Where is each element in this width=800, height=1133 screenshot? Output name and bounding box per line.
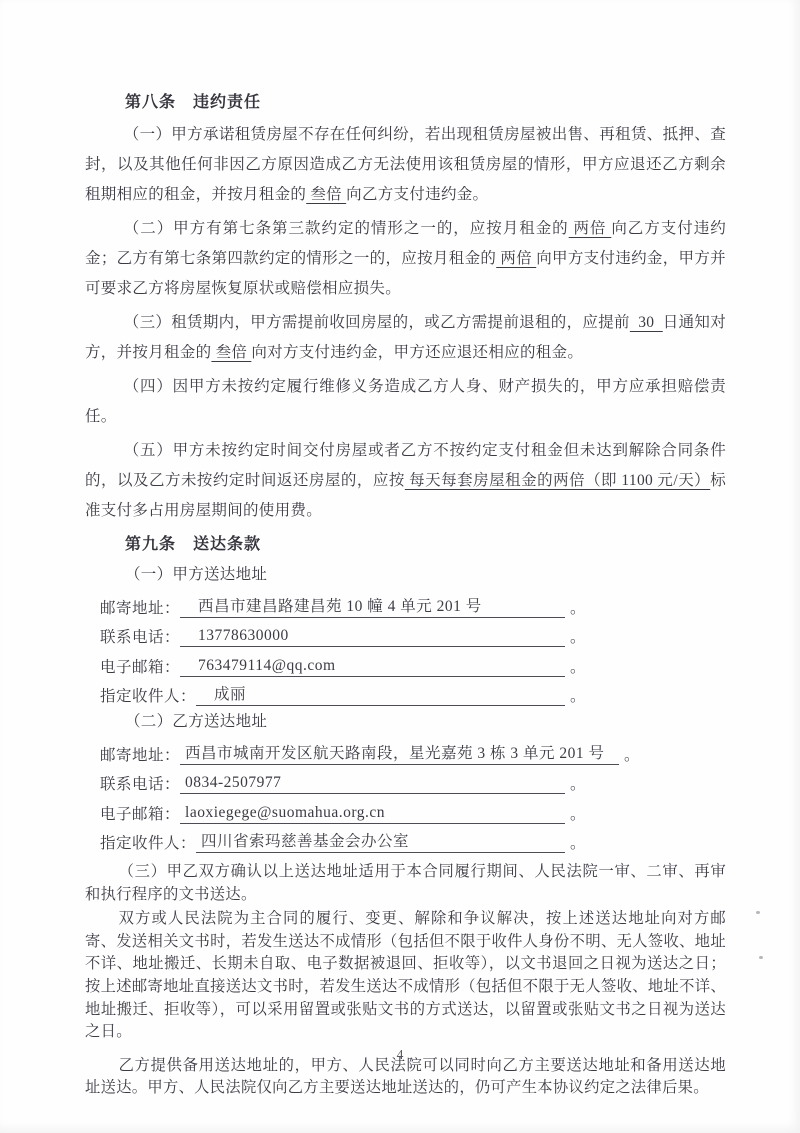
field-value-underline: laoxiegege@suomahua.org.cn	[180, 804, 565, 824]
clause-8-5: （五）甲方未按约定时间交付房屋或者乙方不按约定支付租金但未达到解除合同条件的，以…	[85, 436, 726, 526]
page-number: 4	[0, 1047, 800, 1063]
period-mark: 。	[570, 684, 586, 706]
delivery-clause-3-para-1: （三）甲乙双方确认以上送达地址适用于本合同履行期间、人民法院一审、二审、再审和执…	[85, 861, 726, 906]
party-b-recipient-row: 指定收件人： 四川省索玛慈善基金会办公室 。	[100, 825, 586, 854]
field-label: 邮寄地址：	[100, 596, 180, 618]
clause-8-2: （二）甲方有第七条第三款约定的情形之一的，应按月租金的 两倍 向乙方支付违约金；…	[85, 214, 726, 304]
party-a-recipient-row: 指定收件人： 成丽 。	[100, 678, 586, 707]
field-value-underline: 763479114@qq.com	[180, 657, 565, 677]
party-b-delivery-title: （二）乙方送达地址	[85, 707, 726, 736]
field-value-underline: 西昌市建昌路建昌苑 10 幢 4 单元 201 号	[180, 594, 565, 618]
filled-in-blank: 叁倍	[211, 344, 251, 361]
period-mark: 。	[570, 596, 586, 618]
clause-text: （二）甲方有第七条第三款约定的情形之一的，应按月租金的	[124, 220, 569, 237]
period-mark: 。	[570, 772, 586, 794]
scan-speck	[759, 956, 763, 959]
filled-in-blank: 两倍	[569, 220, 612, 237]
filled-in-blank: 30	[630, 314, 663, 331]
party-b-phone-row: 联系电话： 0834-2507977 。	[100, 766, 586, 795]
period-mark: 。	[570, 625, 586, 647]
article-9-heading: 第九条 送达条款	[85, 530, 726, 560]
clause-text: 向乙方支付违约金。	[346, 186, 488, 203]
field-value-underline: 13778630000	[180, 627, 565, 647]
party-a-email-row: 电子邮箱： 763479114@qq.com 。	[100, 648, 586, 677]
filled-in-blank: 每天每套房屋租金的两倍（即 1100 元/天）	[405, 472, 710, 489]
clause-text: （四）因甲方未按约定履行维修义务造成乙方人身、财产损失的，甲方应承担赔偿责任。	[85, 378, 726, 425]
party-a-mail-address-row: 邮寄地址： 西昌市建昌路建昌苑 10 幢 4 单元 201 号 。	[100, 589, 586, 618]
clause-8-3: （三）租赁期内，甲方需提前收回房屋的，或乙方需提前退租的，应提前 30 日通知对…	[85, 308, 726, 368]
filled-in-blank: 叁倍	[306, 186, 346, 203]
clause-text: 向对方支付违约金，甲方还应退还相应的租金。	[251, 344, 583, 361]
period-mark: 。	[624, 743, 640, 765]
field-value-underline: 西昌市城南开发区航天路南段，星光嘉苑 3 栋 3 单元 201 号	[180, 741, 619, 765]
field-label: 联系电话：	[100, 625, 180, 647]
article-8-heading: 第八条 违约责任	[85, 88, 726, 118]
field-label: 电子邮箱：	[100, 655, 180, 677]
clause-8-4: （四）因甲方未按约定履行维修义务造成乙方人身、财产损失的，甲方应承担赔偿责任。	[85, 372, 726, 432]
field-label: 联系电话：	[100, 772, 180, 794]
party-a-phone-row: 联系电话： 13778630000 。	[100, 619, 586, 648]
field-value-underline: 四川省索玛慈善基金会办公室	[196, 829, 565, 853]
party-b-mail-address-row: 邮寄地址： 西昌市城南开发区航天路南段，星光嘉苑 3 栋 3 单元 201 号 …	[100, 736, 640, 765]
clause-8-1: （一）甲方承诺租赁房屋不存在任何纠纷，若出现租赁房屋被出售、再租赁、抵押、查封，…	[85, 120, 726, 210]
party-a-delivery-title: （一）甲方送达地址	[85, 560, 726, 589]
contract-page: 第八条 违约责任 （一）甲方承诺租赁房屋不存在任何纠纷，若出现租赁房屋被出售、再…	[0, 0, 800, 1133]
scan-speck	[756, 911, 760, 914]
delivery-clause-3-para-2: 双方或人民法院为主合同的履行、变更、解除和争议解决，按上述送达地址向对方邮寄、发…	[85, 908, 726, 1044]
party-b-email-row: 电子邮箱： laoxiegege@suomahua.org.cn 。	[100, 795, 586, 824]
field-label: 指定收件人：	[100, 831, 196, 853]
period-mark: 。	[570, 831, 586, 853]
field-label: 邮寄地址：	[100, 743, 180, 765]
clause-text: （三）租赁期内，甲方需提前收回房屋的，或乙方需提前退租的，应提前	[124, 314, 630, 331]
period-mark: 。	[570, 802, 586, 824]
field-value-underline: 成丽	[196, 682, 565, 706]
field-label: 电子邮箱：	[100, 802, 180, 824]
field-label: 指定收件人：	[100, 684, 196, 706]
filled-in-blank: 两倍	[496, 250, 536, 267]
period-mark: 。	[570, 655, 586, 677]
field-value-underline: 0834-2507977	[180, 774, 565, 794]
